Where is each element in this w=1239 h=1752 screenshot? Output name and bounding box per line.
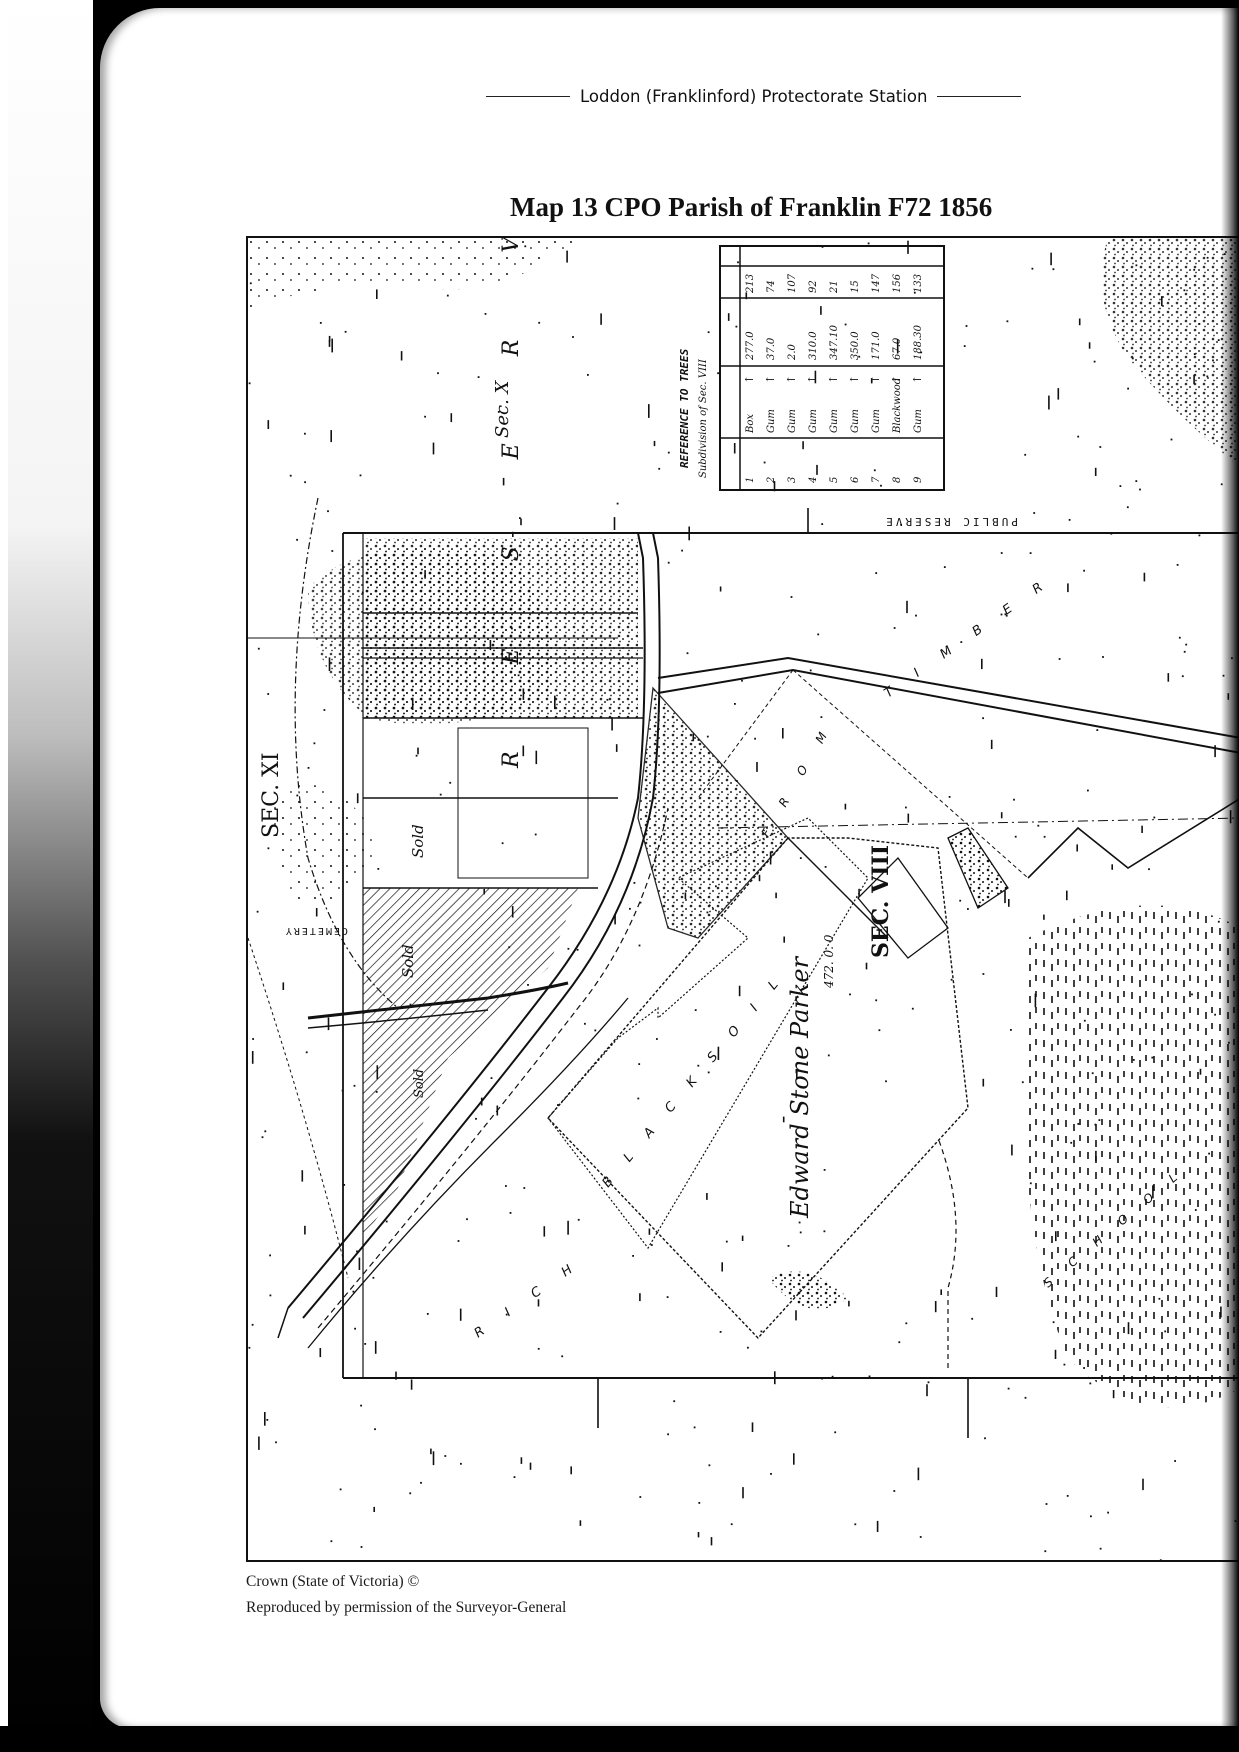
owner-label: Edward Stone Parker — [786, 955, 814, 1219]
running-head: Loddon (Franklinford) Protectorate Stati… — [486, 84, 1066, 108]
sold-label-3: Sold — [412, 1069, 427, 1098]
tree-table-cell: 188.30 — [913, 324, 924, 360]
tree-marker-icon: ↑ — [890, 375, 903, 384]
tree-table-cell: Gum — [787, 409, 798, 433]
tree-reference-table: 1Box277.0213↑2Gum37.074↑3Gum2.0107↑4Gum3… — [720, 246, 944, 490]
tree-marker-icon: ↑ — [806, 375, 819, 384]
public-reserve-label: PUBLIC RESERVE — [883, 515, 1018, 528]
tree-marker-icon: ↑ — [911, 375, 924, 384]
reference-title: REFERENCE TO TREES — [678, 348, 691, 468]
tree-table-cell: 107 — [787, 273, 798, 293]
tree-table-cell: 147 — [871, 273, 882, 293]
reference-subtitle: Subdivision of Sec. VIII — [698, 358, 709, 478]
tree-table-cell: 4 — [808, 477, 819, 484]
scan-right-edge — [1221, 0, 1239, 1752]
tree-table-cell: 15 — [850, 280, 861, 293]
sold-label-1: Sold — [409, 824, 427, 858]
tree-table-cell: 277.0 — [745, 331, 756, 361]
tree-table-cell: 21 — [829, 280, 840, 294]
rich-label: R I C H — [472, 1255, 586, 1341]
tree-table-cell: 133 — [913, 274, 924, 293]
tree-table-cell: 9 — [913, 476, 924, 483]
tree-marker-icon: ↑ — [785, 375, 798, 384]
tree-table-cell: 2.0 — [787, 343, 798, 361]
credit-crown: Crown (State of Victoria) © — [246, 1573, 419, 1591]
tree-table-cell: 2 — [766, 477, 777, 484]
tree-table-cell: 74 — [766, 280, 777, 293]
tree-table-cell: 213 — [745, 274, 756, 294]
tree-table-cell: 350.0 — [850, 331, 861, 360]
survey-map: 1Box277.0213↑2Gum37.074↑3Gum2.0107↑4Gum3… — [246, 236, 1239, 1562]
figure-title: Map 13 CPO Parish of Franklin F72 1856 — [510, 192, 1030, 223]
owner-area-label: 472. 0. 0 — [822, 934, 836, 989]
tree-table-cell: 310.0 — [808, 331, 819, 360]
timber-label: T I M B E R — [882, 573, 1056, 701]
tree-table-cell: 92 — [808, 280, 819, 293]
cemetery-label: CEMETERY — [284, 925, 348, 936]
tree-table-cell: 6 — [850, 476, 861, 483]
tree-table-cell: Blackwood — [892, 378, 903, 434]
survey-map-drawing: 1Box277.0213↑2Gum37.074↑3Gum2.0107↑4Gum3… — [248, 238, 1239, 1562]
tree-table-cell: Gum — [913, 409, 924, 433]
tree-marker-icon: ↑ — [764, 375, 777, 384]
tree-table-cell: 8 — [892, 477, 903, 483]
tree-marker-icon: ↑ — [848, 375, 861, 384]
tree-table-cell: 5 — [829, 477, 840, 483]
black-soil-label: B L A C K S O I L — [600, 970, 788, 1191]
tree-table-cell: Gum — [808, 409, 819, 433]
tree-table-cell: Box — [745, 414, 756, 434]
book-gutter-shadow — [8, 0, 93, 1752]
tree-table-cell: 1 — [745, 477, 756, 483]
tree-table-cell: Gum — [766, 409, 777, 433]
rule-left — [486, 96, 570, 97]
tree-table-cell: 347.10 — [829, 324, 840, 360]
tree-table-cell: 3 — [787, 477, 798, 483]
tree-table-cell: 156 — [892, 273, 903, 293]
sec-viii-label: SEC. VIII — [868, 845, 894, 958]
tree-table-cell: 37.0 — [766, 337, 777, 360]
tree-table-cell: 171.0 — [871, 331, 882, 360]
tree-table-cell: Gum — [871, 409, 882, 433]
credit-permission: Reproduced by permission of the Surveyor… — [246, 1599, 566, 1617]
tree-marker-icon: ↑ — [827, 375, 840, 384]
tree-table-cell: Gum — [829, 409, 840, 433]
running-head-text: Loddon (Franklinford) Protectorate Stati… — [580, 87, 927, 106]
sold-label-2: Sold — [399, 944, 417, 978]
rule-right — [937, 96, 1021, 97]
reserve-letters: R E S E R V E — [499, 238, 524, 769]
tree-table-cell: 7 — [871, 476, 882, 483]
from-label: F R O M — [758, 719, 835, 839]
tree-table-cell: Gum — [850, 409, 861, 433]
tree-marker-icon: ↑ — [743, 375, 756, 384]
scan-bottom-edge — [0, 1726, 1239, 1752]
scan-top-edge — [160, 0, 1239, 8]
sec-xi-label: SEC. XI — [259, 752, 284, 838]
